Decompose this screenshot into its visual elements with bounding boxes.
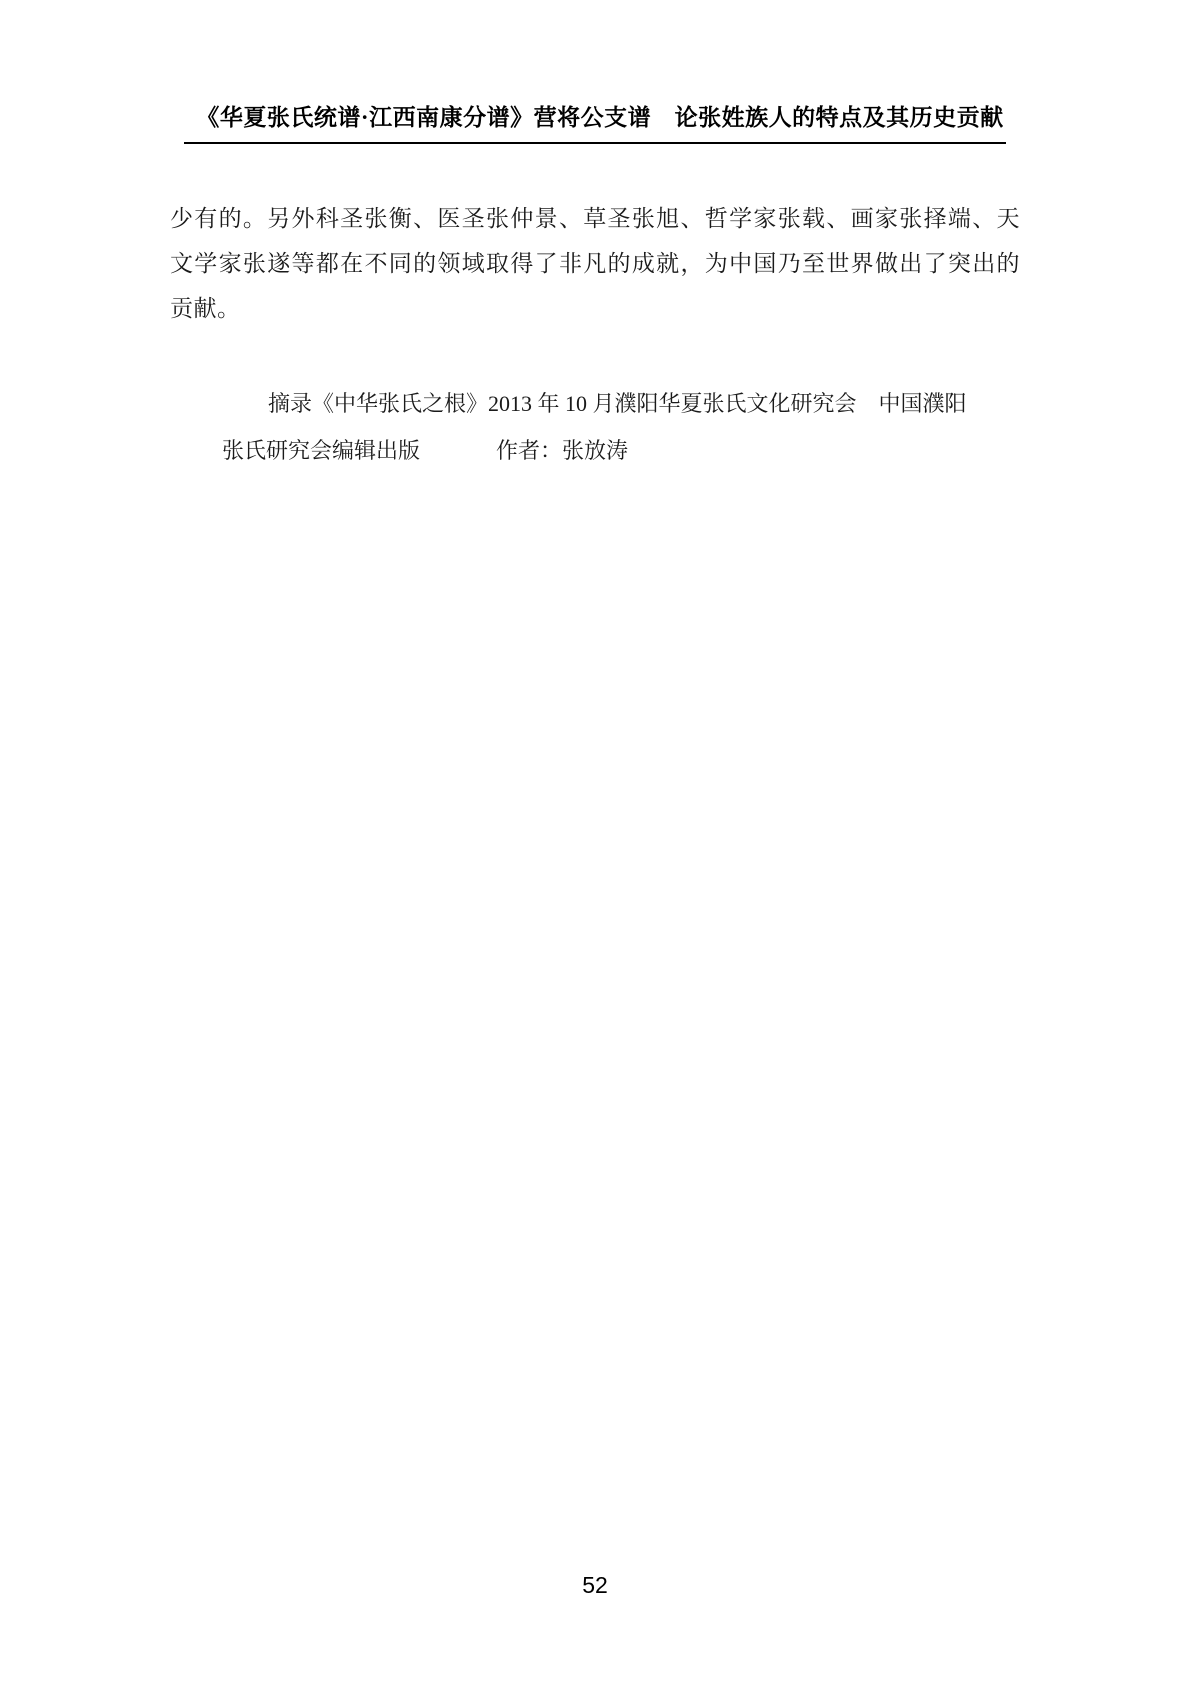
body-line-3: 贡献。 xyxy=(170,286,1020,331)
citation-publisher-line: 张氏研究会编辑出版作者：张放涛 xyxy=(170,427,1020,474)
page-footer: 52 xyxy=(0,1572,1190,1598)
citation-source-line: 摘录《中华张氏之根》2013 年 10 月濮阳华夏张氏文化研究会 中国濮阳 xyxy=(170,380,1020,427)
header-title: 《华夏张氏统谱·江西南康分谱》营将公支谱 论张姓族人的特点及其历史贡献 xyxy=(184,100,1005,144)
page-header: 《华夏张氏统谱·江西南康分谱》营将公支谱 论张姓族人的特点及其历史贡献 xyxy=(170,100,1020,144)
document-page: 《华夏张氏统谱·江西南康分谱》营将公支谱 论张姓族人的特点及其历史贡献 少有的。… xyxy=(0,0,1190,1683)
body-line-2: 文学家张遂等都在不同的领域取得了非凡的成就，为中国乃至世界做出了突出的 xyxy=(170,241,1020,286)
page-number: 52 xyxy=(582,1572,608,1598)
citation-block: 摘录《中华张氏之根》2013 年 10 月濮阳华夏张氏文化研究会 中国濮阳 张氏… xyxy=(170,380,1020,474)
body-text: 少有的。另外科圣张衡、医圣张仲景、草圣张旭、哲学家张载、画家张择端、天 文学家张… xyxy=(170,196,1020,331)
citation-author: 作者：张放涛 xyxy=(496,438,628,463)
body-line-1: 少有的。另外科圣张衡、医圣张仲景、草圣张旭、哲学家张载、画家张择端、天 xyxy=(170,196,1020,241)
citation-publisher: 张氏研究会编辑出版 xyxy=(222,438,420,463)
